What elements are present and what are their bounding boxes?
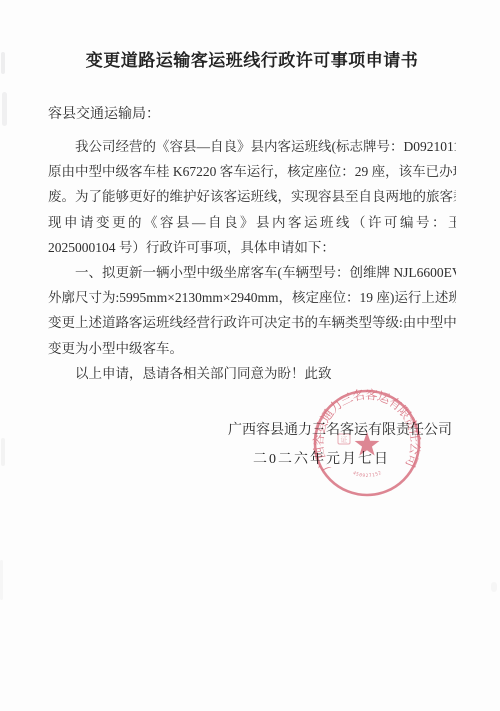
scan-smudge — [0, 560, 3, 600]
document-title: 变更道路运输客运班线行政许可事项申请书 — [48, 46, 456, 71]
body-line: 2025000104 号）行政许可事项，具体申请如下： — [48, 235, 456, 260]
scan-smudge — [1, 52, 5, 74]
body-line: 我公司经营的《容县—自良》县内客运班线(标志牌号：D09210112， — [48, 134, 456, 159]
body-line: 变更为小型中级客车。 — [48, 336, 456, 361]
scan-smudge — [1, 438, 5, 466]
scan-smudge — [2, 92, 7, 126]
body-line: 变更上述道路客运班线经营行政许可决定书的车辆类型等级:由中型中级 — [48, 310, 456, 335]
scan-smudge — [491, 582, 497, 592]
body-line: 现申请变更的《容县—自良》县内客运班线（许可编号：玉班新决 — [48, 210, 456, 235]
body-line: 废。为了能够更好的维护好该客运班线，实现容县至自良两地的旅客乘车， — [48, 184, 456, 209]
body-line: 原由中型中级客车桂 K67220 客车运行，核定座位：29 座，该车已办理报 — [48, 159, 456, 184]
signature-company: 广西容县通力三名客运有限责任公司 — [48, 420, 456, 442]
body-line: 以上申请，恳请各相关部门同意为盼！此致 — [48, 361, 456, 386]
application-document: 变更道路运输客运班线行政许可事项申请书 容县交通运输局： 我公司经营的《容县—自… — [0, 0, 500, 711]
salutation: 容县交通运输局： — [48, 105, 456, 125]
body-line: 一、拟更新一辆小型中级坐席客车(车辆型号：创维牌 NJL6600EVYQ52， — [48, 260, 456, 285]
closing-block: 广西容县通力三名客运有限责任公司 二0二六年元月七日 — [48, 420, 456, 471]
body-line: 外廓尺寸为:5995mm×2130mm×2940mm，核定座位：19 座)运行上… — [48, 285, 456, 310]
signature-date: 二0二六年元月七日 — [48, 449, 456, 471]
